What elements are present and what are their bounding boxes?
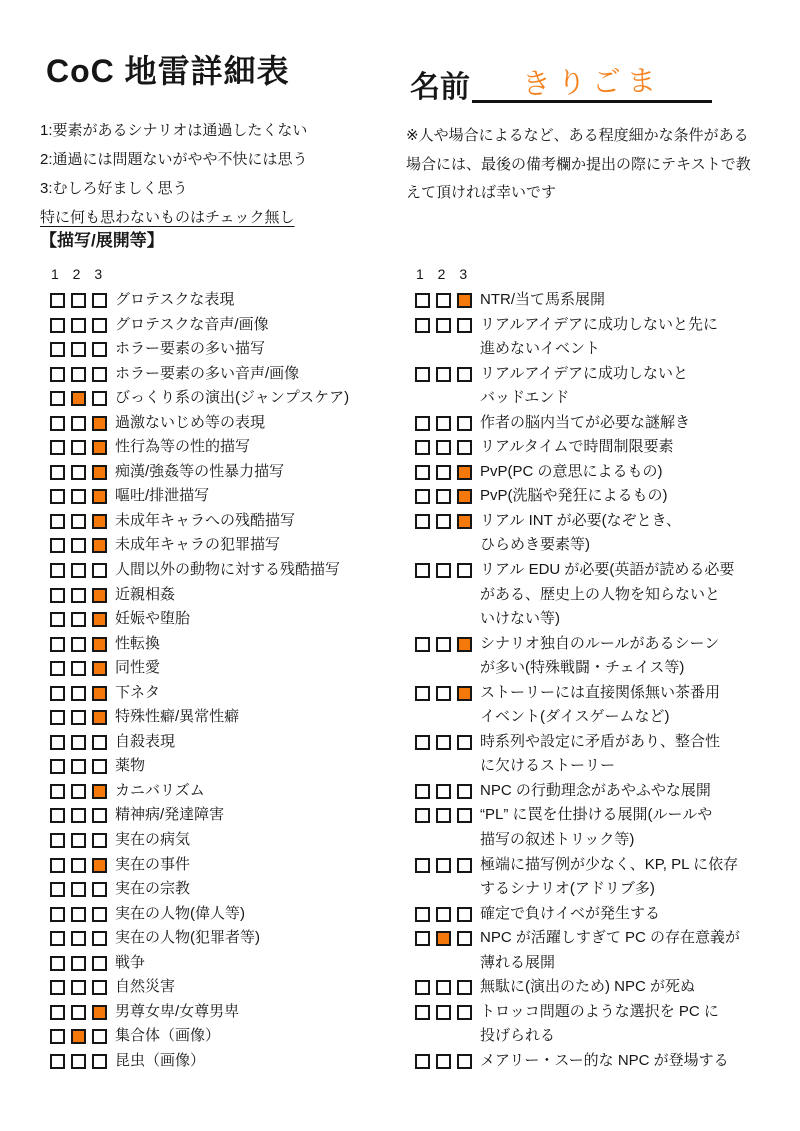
item-label: リアルアイデアに成功しないと バッドエンド: [480, 362, 688, 411]
checkbox-1[interactable]: [50, 416, 65, 431]
checkbox-1[interactable]: [415, 318, 430, 333]
checkbox-3[interactable]: [457, 367, 472, 382]
section-title: 【描写/展開等】: [40, 226, 164, 251]
checkbox-3[interactable]: [457, 465, 472, 480]
checkbox-1[interactable]: [50, 931, 65, 946]
checkbox-1[interactable]: [50, 612, 65, 627]
checkbox-2[interactable]: [436, 1054, 451, 1069]
checkbox-3[interactable]: [92, 637, 107, 652]
checklist-row: シナリオ独自のルールがあるシーン が多い(特殊戦闘・チェイス等): [415, 632, 780, 681]
checkbox-1[interactable]: [50, 440, 65, 455]
checkbox-1[interactable]: [415, 858, 430, 873]
item-label: 同性愛: [115, 656, 160, 681]
checklist-row: グロテスクな表現: [50, 288, 405, 313]
item-label: 確定で負けイベが発生する: [480, 902, 660, 927]
checklist-row: 時系列や設定に矛盾があり、整合性 に欠けるストーリー: [415, 730, 780, 779]
checkbox-3[interactable]: [92, 907, 107, 922]
checkbox-2[interactable]: [71, 465, 86, 480]
checkbox-2[interactable]: [436, 489, 451, 504]
checkbox-1[interactable]: [50, 686, 65, 701]
checklist-row: 実在の人物(偉人等): [50, 902, 405, 927]
checkbox-2[interactable]: [71, 538, 86, 553]
checklist-row: 精神病/発達障害: [50, 803, 405, 828]
checkbox-2[interactable]: [71, 367, 86, 382]
checkbox-group: [50, 779, 107, 799]
checkbox-3[interactable]: [457, 416, 472, 431]
checkbox-2[interactable]: [436, 858, 451, 873]
item-label: NPC が活躍しすぎて PC の存在意義が 薄れる展開: [480, 926, 740, 975]
checkbox-1[interactable]: [50, 1054, 65, 1069]
checkbox-group: [415, 435, 472, 455]
checkbox-1[interactable]: [415, 367, 430, 382]
checklist-row: リアル EDU が必要(英語が読める必要 がある、歴史上の人物を知らないと いけ…: [415, 558, 780, 632]
checkbox-group: [50, 681, 107, 701]
checkbox-3[interactable]: [92, 318, 107, 333]
checkbox-group: [50, 484, 107, 504]
checklist-row: 自殺表現: [50, 730, 405, 755]
checklist-row: 男尊女卑/女尊男卑: [50, 1000, 405, 1025]
checkbox-2[interactable]: [71, 416, 86, 431]
checkbox-3[interactable]: [92, 538, 107, 553]
checkbox-3[interactable]: [92, 367, 107, 382]
checkbox-1[interactable]: [50, 318, 65, 333]
checkbox-1[interactable]: [50, 735, 65, 750]
item-label: PvP(PC の意思によるもの): [480, 460, 663, 485]
checkbox-group: [50, 926, 107, 946]
checkbox-3[interactable]: [92, 980, 107, 995]
checklist-row: 薬物: [50, 754, 405, 779]
checkbox-1[interactable]: [415, 440, 430, 455]
checkbox-2[interactable]: [436, 735, 451, 750]
item-label: 人間以外の動物に対する残酷描写: [115, 558, 340, 583]
checkbox-group: [50, 1049, 107, 1069]
checkbox-3[interactable]: [457, 907, 472, 922]
item-label: 特殊性癖/異常性癖: [115, 705, 239, 730]
checklist-row: 作者の脳内当てが必要な謎解き: [415, 411, 780, 436]
checkbox-group: [415, 362, 472, 382]
checkbox-3[interactable]: [92, 686, 107, 701]
checklist-row: PvP(PC の意思によるもの): [415, 460, 780, 485]
checkbox-2[interactable]: [436, 563, 451, 578]
checklist-row: 近親相姦: [50, 583, 405, 608]
checkbox-1[interactable]: [50, 1029, 65, 1044]
checkbox-3[interactable]: [457, 686, 472, 701]
checklist-row: 実在の事件: [50, 853, 405, 878]
checkbox-2[interactable]: [71, 833, 86, 848]
checkbox-1[interactable]: [50, 784, 65, 799]
checkbox-group: [50, 607, 107, 627]
legend-line-2: 2:通過には問題ないがやや不快には思う: [40, 145, 308, 174]
checkbox-2[interactable]: [436, 440, 451, 455]
checklist-row: ホラー要素の多い音声/画像: [50, 362, 405, 387]
checklist-row: 特殊性癖/異常性癖: [50, 705, 405, 730]
checkbox-group: [415, 730, 472, 750]
checkbox-1[interactable]: [415, 293, 430, 308]
checkbox-2[interactable]: [436, 465, 451, 480]
checkbox-1[interactable]: [50, 514, 65, 529]
checklist-row: 痴漢/強姦等の性暴力描写: [50, 460, 405, 485]
item-label: 実在の人物(偉人等): [115, 902, 245, 927]
checkbox-3[interactable]: [92, 710, 107, 725]
checkbox-group: [50, 730, 107, 750]
checkbox-group: [415, 902, 472, 922]
checkbox-1[interactable]: [415, 931, 430, 946]
checkbox-group: [415, 803, 472, 823]
checkbox-3[interactable]: [92, 293, 107, 308]
checkbox-2[interactable]: [436, 686, 451, 701]
checkbox-2[interactable]: [71, 710, 86, 725]
checkbox-2[interactable]: [436, 293, 451, 308]
checkbox-2[interactable]: [71, 907, 86, 922]
checkbox-1[interactable]: [50, 956, 65, 971]
checkbox-1[interactable]: [415, 489, 430, 504]
item-label: 無駄に(演出のため) NPC が死ぬ: [480, 975, 695, 1000]
checklist-row: 実在の宗教: [50, 877, 405, 902]
checkbox-group: [50, 754, 107, 774]
checkbox-2[interactable]: [436, 980, 451, 995]
checklist-column-right: 1 2 3 NTR/当て馬系展開 リアルアイデアに成功しないと先に 進めないイベ…: [415, 266, 780, 1074]
checkbox-3[interactable]: [457, 514, 472, 529]
checkbox-3[interactable]: [457, 931, 472, 946]
checkbox-2[interactable]: [436, 808, 451, 823]
checkbox-2[interactable]: [71, 1029, 86, 1044]
checkbox-3[interactable]: [92, 808, 107, 823]
checkbox-group: [50, 705, 107, 725]
item-label: 嘔吐/排泄描写: [115, 484, 209, 509]
checkbox-group: [50, 828, 107, 848]
checkbox-3[interactable]: [92, 440, 107, 455]
checkbox-group: [50, 411, 107, 431]
item-label: 実在の宗教: [115, 877, 190, 902]
checklist-row: 自然災害: [50, 975, 405, 1000]
rating-legend: 1:要素があるシナリオは通過したくない 2:通過には問題ないがやや不快には思う …: [40, 116, 308, 232]
scale-header-right: 1 2 3: [416, 266, 780, 282]
item-label: 集合体（画像）: [115, 1024, 220, 1049]
checkbox-3[interactable]: [457, 318, 472, 333]
checkbox-2[interactable]: [436, 784, 451, 799]
item-label: 近親相姦: [115, 583, 175, 608]
instruction-note: ※人や場合によるなど、ある程度細かな条件がある 場合には、最後の備考欄か提出の際…: [406, 122, 770, 208]
checklist-row: 極端に描写例が少なく、KP, PL に依存 するシナリオ(アドリブ多): [415, 853, 780, 902]
checkbox-2[interactable]: [71, 489, 86, 504]
checkbox-group: [50, 313, 107, 333]
checkbox-group: [415, 853, 472, 873]
checkbox-group: [50, 656, 107, 676]
checklist-row: NTR/当て馬系展開: [415, 288, 780, 313]
item-label: 自殺表現: [115, 730, 175, 755]
checkbox-3[interactable]: [457, 858, 472, 873]
checkbox-group: [50, 975, 107, 995]
page-title: CoC 地雷詳細表: [46, 46, 290, 92]
checkbox-3[interactable]: [457, 735, 472, 750]
checkbox-group: [415, 313, 472, 333]
item-label: 作者の脳内当てが必要な謎解き: [480, 411, 690, 436]
checkbox-1[interactable]: [415, 465, 430, 480]
checkbox-1[interactable]: [415, 1005, 430, 1020]
checkbox-1[interactable]: [415, 784, 430, 799]
checkbox-group: [50, 558, 107, 578]
checkbox-1[interactable]: [415, 907, 430, 922]
checkbox-3[interactable]: [92, 391, 107, 406]
checkbox-group: [50, 460, 107, 480]
checklist-column-left: 1 2 3 グロテスクな表現 グロテスクな音声/画像 ホラー要素の多い描写: [50, 266, 405, 1074]
checklist-row: 過激ないじめ等の表現: [50, 411, 405, 436]
checkbox-1[interactable]: [50, 367, 65, 382]
checkbox-group: [415, 1000, 472, 1020]
checkbox-3[interactable]: [92, 489, 107, 504]
checkbox-2[interactable]: [71, 661, 86, 676]
checklist-row: リアル INT が必要(なぞとき、 ひらめき要素等): [415, 509, 780, 558]
checkbox-2[interactable]: [71, 342, 86, 357]
checkbox-group: [415, 460, 472, 480]
checkbox-3[interactable]: [457, 440, 472, 455]
checkbox-3[interactable]: [92, 1054, 107, 1069]
checkbox-3[interactable]: [92, 661, 107, 676]
checkbox-2[interactable]: [71, 735, 86, 750]
checkbox-group: [415, 558, 472, 578]
item-label: シナリオ独自のルールがあるシーン が多い(特殊戦闘・チェイス等): [480, 632, 719, 681]
checkbox-3[interactable]: [457, 637, 472, 652]
checkbox-2[interactable]: [436, 931, 451, 946]
checkbox-2[interactable]: [71, 612, 86, 627]
checkbox-3[interactable]: [92, 588, 107, 603]
checkbox-group: [50, 803, 107, 823]
checkbox-3[interactable]: [92, 465, 107, 480]
checkbox-3[interactable]: [92, 735, 107, 750]
item-label: 時系列や設定に矛盾があり、整合性 に欠けるストーリー: [480, 730, 720, 779]
checkbox-2[interactable]: [71, 759, 86, 774]
checkbox-1[interactable]: [415, 637, 430, 652]
item-label: メアリー・スー的な NPC が登場する: [480, 1049, 729, 1074]
checkbox-1[interactable]: [415, 808, 430, 823]
checkbox-group: [50, 902, 107, 922]
checkbox-2[interactable]: [436, 367, 451, 382]
item-label: 男尊女卑/女尊男卑: [115, 1000, 239, 1025]
checkbox-2[interactable]: [436, 514, 451, 529]
checkbox-group: [50, 509, 107, 529]
checkbox-2[interactable]: [71, 1054, 86, 1069]
checkbox-1[interactable]: [415, 416, 430, 431]
checkbox-3[interactable]: [457, 784, 472, 799]
checklist-row: リアルタイムで時間制限要素: [415, 435, 780, 460]
checkbox-1[interactable]: [50, 833, 65, 848]
checkbox-group: [415, 484, 472, 504]
item-label: “PL” に罠を仕掛ける展開(ルールや 描写の叙述トリック等): [480, 803, 712, 852]
checkbox-2[interactable]: [436, 907, 451, 922]
checkbox-group: [50, 951, 107, 971]
checkbox-1[interactable]: [415, 980, 430, 995]
checkbox-2[interactable]: [71, 882, 86, 897]
checkbox-1[interactable]: [50, 637, 65, 652]
checklist-row: 戦争: [50, 951, 405, 976]
checkbox-2[interactable]: [71, 514, 86, 529]
checkbox-1[interactable]: [50, 563, 65, 578]
checkbox-1[interactable]: [50, 588, 65, 603]
checkbox-3[interactable]: [92, 1029, 107, 1044]
checkbox-group: [50, 583, 107, 603]
checkbox-1[interactable]: [415, 563, 430, 578]
checkbox-3[interactable]: [457, 1054, 472, 1069]
checkbox-1[interactable]: [50, 907, 65, 922]
legend-line-3: 3:むしろ好ましく思う: [40, 174, 308, 203]
checkbox-2[interactable]: [71, 1005, 86, 1020]
checkbox-3[interactable]: [92, 759, 107, 774]
item-label: 戦争: [115, 951, 145, 976]
checkbox-1[interactable]: [415, 1054, 430, 1069]
checkbox-group: [50, 288, 107, 308]
checkbox-group: [415, 632, 472, 652]
checkbox-1[interactable]: [50, 882, 65, 897]
checkbox-2[interactable]: [436, 318, 451, 333]
checkbox-group: [50, 533, 107, 553]
checkbox-2[interactable]: [71, 391, 86, 406]
item-label: ホラー要素の多い音声/画像: [115, 362, 299, 387]
checkbox-2[interactable]: [71, 858, 86, 873]
checkbox-3[interactable]: [92, 833, 107, 848]
checklist-row: グロテスクな音声/画像: [50, 313, 405, 338]
checklist-row: 性行為等の性的描写: [50, 435, 405, 460]
checklist-row: ホラー要素の多い描写: [50, 337, 405, 362]
checklist-row: 同性愛: [50, 656, 405, 681]
name-input[interactable]: きりごま: [472, 68, 712, 103]
checkbox-2[interactable]: [71, 563, 86, 578]
item-label: カニバリズム: [115, 779, 205, 804]
item-label: 薬物: [115, 754, 145, 779]
checkbox-group: [50, 337, 107, 357]
item-label: 昆虫（画像）: [115, 1049, 205, 1074]
checklist-row: 嘔吐/排泄描写: [50, 484, 405, 509]
checkbox-group: [50, 435, 107, 455]
checkbox-2[interactable]: [71, 440, 86, 455]
item-label: 痴漢/強姦等の性暴力描写: [115, 460, 284, 485]
item-label: PvP(洗脳や発狂によるもの): [480, 484, 668, 509]
document-page: CoC 地雷詳細表 名前 きりごま 1:要素があるシナリオは通過したくない 2:…: [0, 0, 800, 1131]
item-label: 下ネタ: [115, 681, 160, 706]
checkbox-1[interactable]: [50, 391, 65, 406]
checkbox-3[interactable]: [92, 882, 107, 897]
item-label: 実在の病気: [115, 828, 190, 853]
checkbox-2[interactable]: [71, 293, 86, 308]
checklist-row: 妊娠や堕胎: [50, 607, 405, 632]
checkbox-1[interactable]: [415, 686, 430, 701]
checklist-row: “PL” に罠を仕掛ける展開(ルールや 描写の叙述トリック等): [415, 803, 780, 852]
checkbox-2[interactable]: [71, 784, 86, 799]
checkbox-1[interactable]: [50, 858, 65, 873]
item-label: 未成年キャラの犯罪描写: [115, 533, 280, 558]
checkbox-2[interactable]: [71, 956, 86, 971]
checkbox-3[interactable]: [92, 612, 107, 627]
item-label: 過激ないじめ等の表現: [115, 411, 265, 436]
checklist-row: 未成年キャラの犯罪描写: [50, 533, 405, 558]
checkbox-2[interactable]: [71, 318, 86, 333]
checkbox-3[interactable]: [457, 980, 472, 995]
checkbox-3[interactable]: [92, 563, 107, 578]
checkbox-1[interactable]: [50, 465, 65, 480]
checkbox-2[interactable]: [71, 637, 86, 652]
checkbox-1[interactable]: [50, 661, 65, 676]
checkbox-2[interactable]: [436, 637, 451, 652]
checkbox-2[interactable]: [71, 931, 86, 946]
checklist-row: メアリー・スー的な NPC が登場する: [415, 1049, 780, 1074]
checkbox-2[interactable]: [436, 1005, 451, 1020]
checkbox-3[interactable]: [92, 342, 107, 357]
checklist-row: カニバリズム: [50, 779, 405, 804]
checkbox-1[interactable]: [50, 710, 65, 725]
checkbox-1[interactable]: [50, 980, 65, 995]
checkbox-3[interactable]: [457, 293, 472, 308]
checkbox-3[interactable]: [457, 1005, 472, 1020]
checkbox-3[interactable]: [92, 956, 107, 971]
checkbox-group: [50, 877, 107, 897]
checkbox-3[interactable]: [92, 858, 107, 873]
checkbox-1[interactable]: [50, 489, 65, 504]
checkbox-1[interactable]: [50, 342, 65, 357]
item-label: 精神病/発達障害: [115, 803, 224, 828]
checkbox-3[interactable]: [457, 808, 472, 823]
checkbox-3[interactable]: [457, 563, 472, 578]
item-label: グロテスクな音声/画像: [115, 313, 269, 338]
checkbox-3[interactable]: [457, 489, 472, 504]
checklist-row: 実在の人物(犯罪者等): [50, 926, 405, 951]
checkbox-1[interactable]: [50, 759, 65, 774]
checkbox-1[interactable]: [415, 735, 430, 750]
item-label: グロテスクな表現: [115, 288, 234, 313]
item-label: トロッコ問題のような選択を PC に 投げられる: [480, 1000, 719, 1049]
checklist-row: 集合体（画像）: [50, 1024, 405, 1049]
item-label: 未成年キャラへの残酷描写: [115, 509, 295, 534]
checkbox-1[interactable]: [50, 538, 65, 553]
checkbox-3[interactable]: [92, 1005, 107, 1020]
checklist-row: NPC の行動理念があやふやな展開: [415, 779, 780, 804]
checklist-row: PvP(洗脳や発狂によるもの): [415, 484, 780, 509]
checkbox-group: [50, 1000, 107, 1020]
checklist-row: 実在の病気: [50, 828, 405, 853]
checklist-row: リアルアイデアに成功しないと バッドエンド: [415, 362, 780, 411]
checklist-row: 性転換: [50, 632, 405, 657]
checkbox-3[interactable]: [92, 514, 107, 529]
checklist-row: トロッコ問題のような選択を PC に 投げられる: [415, 1000, 780, 1049]
checkbox-3[interactable]: [92, 416, 107, 431]
checkbox-group: [50, 1024, 107, 1044]
item-label: ホラー要素の多い描写: [115, 337, 265, 362]
item-label: びっくり系の演出(ジャンプスケア): [115, 386, 349, 411]
checkbox-group: [415, 411, 472, 431]
checklist-row: リアルアイデアに成功しないと先に 進めないイベント: [415, 313, 780, 362]
checkbox-1[interactable]: [50, 808, 65, 823]
checkbox-2[interactable]: [71, 980, 86, 995]
checkbox-group: [415, 509, 472, 529]
scale-header-left: 1 2 3: [51, 266, 405, 282]
checkbox-3[interactable]: [92, 931, 107, 946]
checklist-row: 確定で負けイベが発生する: [415, 902, 780, 927]
checkbox-1[interactable]: [50, 293, 65, 308]
item-label: 性行為等の性的描写: [115, 435, 250, 460]
checkbox-2[interactable]: [71, 686, 86, 701]
checkbox-2[interactable]: [436, 416, 451, 431]
checklist-row: NPC が活躍しすぎて PC の存在意義が 薄れる展開: [415, 926, 780, 975]
checkbox-group: [50, 853, 107, 873]
checkbox-1[interactable]: [415, 514, 430, 529]
checkbox-2[interactable]: [71, 808, 86, 823]
checkbox-group: [50, 632, 107, 652]
checkbox-group: [415, 288, 472, 308]
checklist-row: 下ネタ: [50, 681, 405, 706]
checkbox-3[interactable]: [92, 784, 107, 799]
checkbox-group: [415, 1049, 472, 1069]
checkbox-1[interactable]: [50, 1005, 65, 1020]
item-label: 実在の人物(犯罪者等): [115, 926, 260, 951]
checkbox-2[interactable]: [71, 588, 86, 603]
